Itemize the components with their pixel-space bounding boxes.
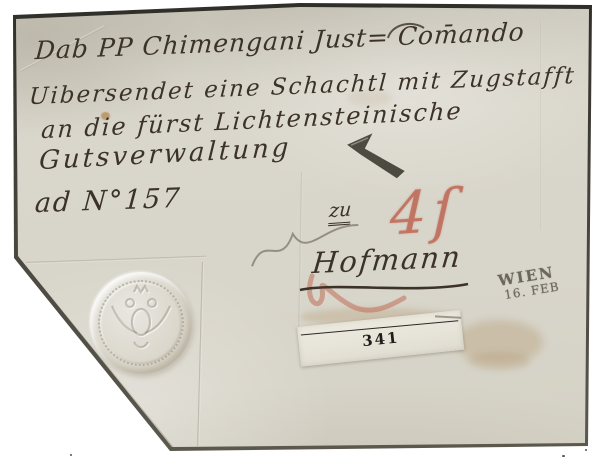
fold-crease-horizontal <box>26 256 206 264</box>
fold-crease-vertical <box>197 262 204 446</box>
handwriting-line-2: Uibersendet eine Schachtl mit Zugstafft <box>28 63 576 110</box>
wien-postmark-stamp: WIEN 16. FEB <box>497 265 561 302</box>
foxing-stain <box>468 352 530 370</box>
label-fold-corner <box>435 305 462 318</box>
dust-speck <box>70 454 72 456</box>
dust-speck <box>585 449 587 451</box>
signature-underline <box>296 278 472 298</box>
handwriting-line-1: Dab PP Chimengani Just= Com̄ando <box>34 17 526 65</box>
ink-blot <box>338 128 417 185</box>
embossed-double-eagle-seal-icon <box>90 272 192 374</box>
dust-speck <box>562 455 565 457</box>
letter-paper: Dab PP Chimengani Just= Com̄ando Uiberse… <box>0 0 600 467</box>
pen-flourish <box>384 20 428 42</box>
paper-wrinkle <box>540 20 542 230</box>
handwriting-docket-number: ad N°157 <box>34 183 183 219</box>
seal-eagle-relief <box>90 272 192 374</box>
red-crayon-rate-marking: 4ſ <box>389 175 462 248</box>
signature: Hofmann <box>311 239 464 280</box>
scanned-document-photo: Dab PP Chimengani Just= Com̄ando Uiberse… <box>0 0 600 467</box>
